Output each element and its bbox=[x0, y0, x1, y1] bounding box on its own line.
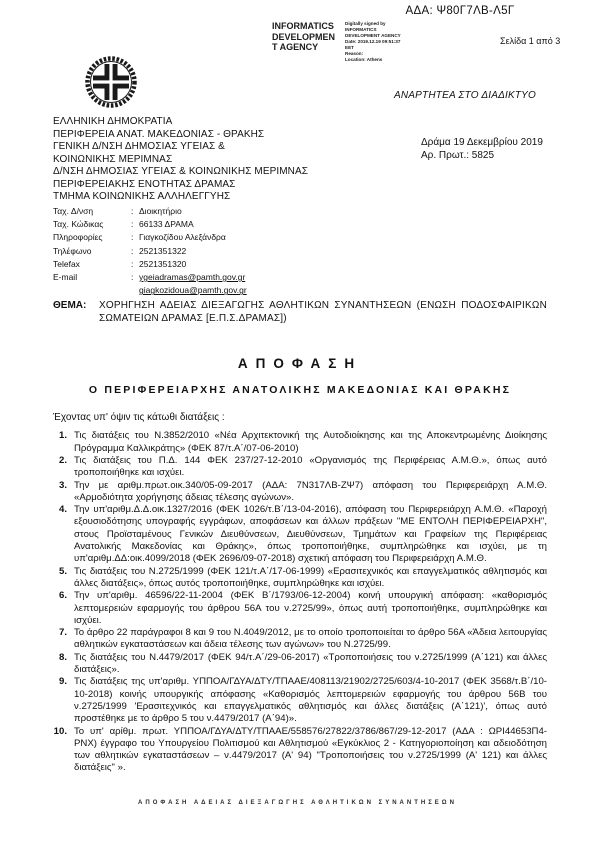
authority-line: ΤΜΗΜΑ ΚΟΙΝΩΝΙΚΗΣ ΑΛΛΗΛΕΓΓΥΗΣ bbox=[53, 191, 308, 204]
decision-subtitle: Ο ΠΕΡΙΦΕΡΕΙΑΡΧΗΣ ΑΝΑΤΟΛΙΚΗΣ ΜΑΚΕΔΟΝΙΑΣ Κ… bbox=[53, 384, 547, 396]
contact-row: Ταχ. Δ/νση:Διοικητήριο bbox=[53, 205, 247, 218]
contact-row: Ταχ. Κώδικας:66133 ΔΡΑΜΑ bbox=[53, 218, 247, 231]
protocol-block: Δράμα 19 Δεκεμβρίου 2019 Αρ. Πρωτ.: 5825 bbox=[421, 136, 543, 162]
contact-row-email: E-mail: ygeiadramas@pamth.gov.gr giagkoz… bbox=[53, 271, 247, 297]
subject-text: ΧΟΡΗΓΗΣΗ ΑΔΕΙΑΣ ΔΙΕΞΑΓΩΓΗΣ ΑΘΛΗΤΙΚΩΝ ΣΥΝ… bbox=[99, 299, 547, 325]
footer-title: ΑΠΟΦΑΣΗ ΑΔΕΙΑΣ ΔΙΕΞΑΓΩΓΗΣ ΑΘΛΗΤΙΚΩΝ ΣΥΝΑ… bbox=[0, 800, 595, 806]
list-item: 1.Τις διατάξεις του Ν.3852/2010 «Νέα Αρχ… bbox=[53, 430, 547, 455]
web-posting-note: ΑΝΑΡΤΗΤΕΑ ΣΤΟ ΔΙΑΔΙΚΤΥΟ bbox=[394, 90, 536, 101]
signature-details: Digitally signed by INFORMATICS DEVELOPM… bbox=[345, 21, 431, 63]
signature-agency-name: INFORMATICS DEVELOPMENT AGENCY bbox=[272, 21, 340, 53]
list-item: 2.Τις διατάξεις του Π.Δ. 144 ΦΕΚ 237/27-… bbox=[53, 455, 547, 480]
protocol-number: Αρ. Πρωτ.: 5825 bbox=[421, 149, 543, 162]
authority-line: ΠΕΡΙΦΕΡΕΙΑ ΑΝΑΤ. ΜΑΚΕΔΟΝΙΑΣ - ΘΡΑΚΗΣ bbox=[53, 129, 308, 142]
authority-line: ΚΟΙΝΩΝΙΚΗΣ ΜΕΡΙΜΝΑΣ bbox=[53, 154, 308, 167]
list-item: 5.Τις διατάξεις του Ν.2725/1999 (ΦΕΚ 121… bbox=[53, 566, 547, 591]
list-item: 10.Το υπ' αρίθμ. πρωτ. ΥΠΠΟΑ/ΓΔΥΑ/ΔΤΥ/ΤΠ… bbox=[53, 726, 547, 775]
subject-label: ΘΕΜΑ: bbox=[53, 299, 99, 325]
authority-line: Δ/ΝΣΗ ΔΗΜΟΣΙΑΣ ΥΓΕΙΑΣ & ΚΟΙΝΩΝΙΚΗΣ ΜΕΡΙΜ… bbox=[53, 166, 308, 179]
email-link[interactable]: ygeiadramas@pamth.gov.gr bbox=[139, 272, 245, 282]
decision-title: ΑΠΟΦΑΣΗ bbox=[53, 356, 547, 371]
document-body: ΘΕΜΑ: ΧΟΡΗΓΗΣΗ ΑΔΕΙΑΣ ΔΙΕΞΑΓΩΓΗΣ ΑΘΛΗΤΙΚ… bbox=[53, 299, 547, 775]
subject-block: ΘΕΜΑ: ΧΟΡΗΓΗΣΗ ΑΔΕΙΑΣ ΔΙΕΞΑΓΩΓΗΣ ΑΘΛΗΤΙΚ… bbox=[53, 299, 547, 325]
list-item: 3.Την με αριθμ.πρωτ.οικ.340/05-09-2017 (… bbox=[53, 480, 547, 505]
list-item: 6.Την υπ'αριθμ. 46596/22-11-2004 (ΦΕΚ Β΄… bbox=[53, 590, 547, 627]
contact-row: Πληροφορίες:Γιαγκοζίδου Αλεξάνδρα bbox=[53, 231, 247, 244]
list-item: 8.Τις διατάξεις του Ν.4479/2017 (ΦΕΚ 94/… bbox=[53, 652, 547, 677]
page-number: Σελίδα 1 από 3 bbox=[500, 36, 560, 46]
document-page: ΑΔΑ: Ψ80Γ7ΛΒ-Λ5Γ INFORMATICS DEVELOPMENT… bbox=[0, 0, 595, 842]
list-item: 9.Τις διατάξεις της υπ'αριθμ. ΥΠΠΟΑ/ΓΔΥΑ… bbox=[53, 676, 547, 725]
authority-line: ΓΕΝΙΚΗ Δ/ΝΣΗ ΔΗΜΟΣΙΑΣ ΥΓΕΙΑΣ & bbox=[53, 141, 308, 154]
email-link[interactable]: giagkozidoua@pamth.gov.gr bbox=[139, 285, 247, 295]
greek-coat-of-arms-icon bbox=[85, 56, 137, 113]
email-links: ygeiadramas@pamth.gov.gr giagkozidoua@pa… bbox=[139, 271, 247, 297]
legal-provisions-list: 1.Τις διατάξεις του Ν.3852/2010 «Νέα Αρχ… bbox=[53, 430, 547, 774]
authority-line: ΠΕΡΙΦΕΡΕΙΑΚΗΣ ΕΝΟΤΗΤΑΣ ΔΡΑΜΑΣ bbox=[53, 179, 308, 192]
contact-info-block: Ταχ. Δ/νση:Διοικητήριο Ταχ. Κώδικας:6613… bbox=[53, 205, 247, 297]
list-item: 4.Την υπ'αριθμ.Δ.Δ.οικ.1327/2016 (ΦΕΚ 10… bbox=[53, 504, 547, 565]
decision-intro: Έχοντας υπ' όψιν τις κάτωθι διατάξεις : bbox=[53, 412, 547, 423]
issuing-authority-block: ΕΛΛΗΝΙΚΗ ΔΗΜΟΚΡΑΤΙΑ ΠΕΡΙΦΕΡΕΙΑ ΑΝΑΤ. ΜΑΚ… bbox=[53, 116, 308, 204]
contact-row: Telefax:2521351320 bbox=[53, 258, 247, 271]
list-item: 7.Το άρθρο 22 παράγραφοι 8 και 9 του Ν.4… bbox=[53, 627, 547, 652]
digital-signature-stamp: INFORMATICS DEVELOPMENT AGENCY Digitally… bbox=[272, 21, 431, 63]
ada-code: ΑΔΑ: Ψ80Γ7ΛΒ-Λ5Γ bbox=[355, 5, 565, 17]
place-and-date: Δράμα 19 Δεκεμβρίου 2019 bbox=[421, 136, 543, 149]
authority-line: ΕΛΛΗΝΙΚΗ ΔΗΜΟΚΡΑΤΙΑ bbox=[53, 116, 308, 129]
contact-row: Τηλέφωνο:2521351322 bbox=[53, 245, 247, 258]
